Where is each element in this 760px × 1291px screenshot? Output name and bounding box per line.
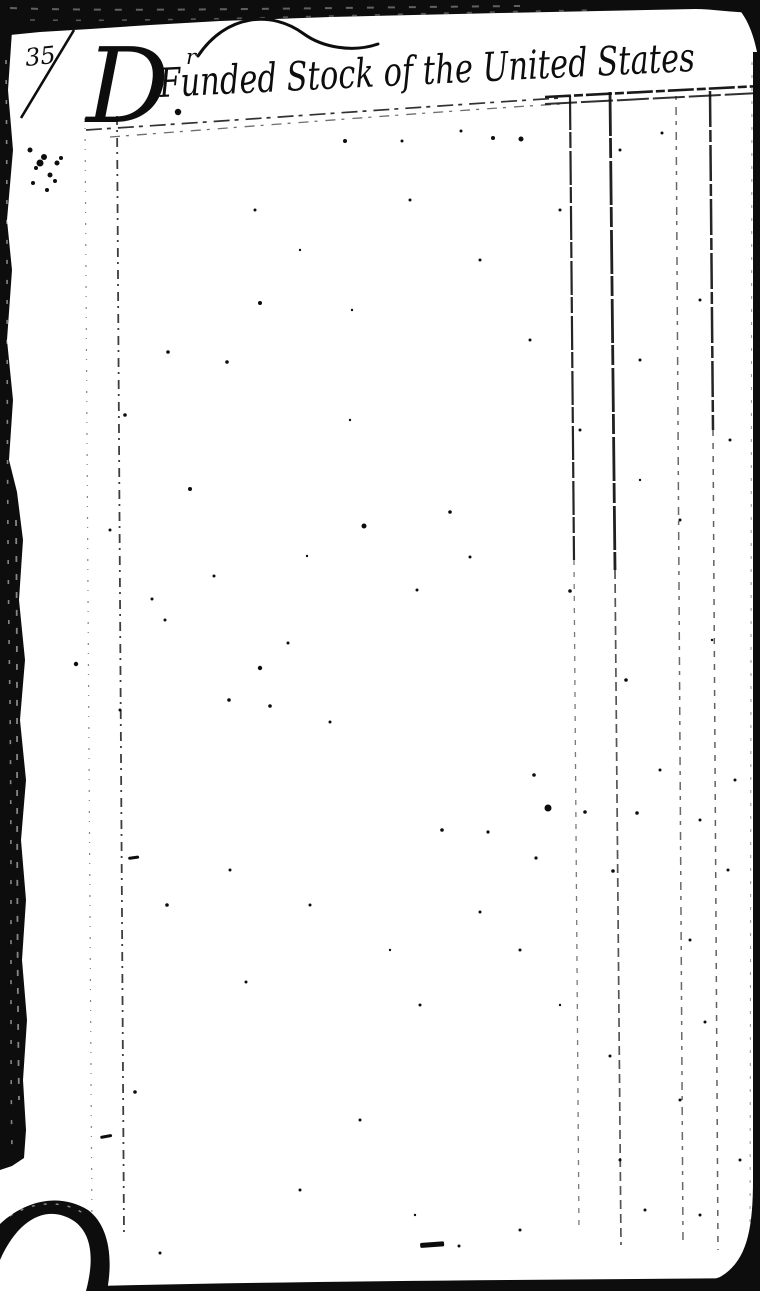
ink-speck [45,188,49,192]
ink-speck [34,166,38,170]
ink-speck [699,819,702,822]
ink-speck [460,130,463,133]
ink-speck [287,642,290,645]
ink-speck [213,575,216,578]
ink-speck [639,479,641,481]
ink-speck [123,413,127,417]
ink-speck [268,704,272,708]
ink-speck [559,209,562,212]
ink-speck [245,981,248,984]
ink-speck [362,524,367,529]
ink-speck [329,721,332,724]
ink-speck [559,1004,561,1006]
ink-speck [48,173,53,178]
ink-speck [486,830,489,833]
paper-background [0,0,760,1291]
ink-speck [299,1189,302,1192]
ink-speck [458,1245,461,1248]
ink-speck [689,939,692,942]
ink-speck [53,179,57,183]
ink-speck [414,1214,416,1216]
ink-speck [448,510,452,514]
ink-speck [579,429,582,432]
ink-speck [349,419,351,421]
ink-speck [699,299,702,302]
ink-speck [306,555,308,557]
ink-speck [639,359,642,362]
ink-speck [28,148,33,153]
ink-speck [534,856,537,859]
ink-speck [661,132,664,135]
ink-speck [568,589,572,593]
ink-speck [225,360,229,364]
ink-speck [529,339,532,342]
ink-speck [229,869,232,872]
ink-speck [609,1055,612,1058]
ink-speck [479,911,482,914]
ink-speck [258,301,262,305]
ink-speck [409,199,412,202]
ink-speck [532,773,536,777]
ink-speck [31,181,35,185]
ink-speck [159,1252,162,1255]
ink-speck [519,137,524,142]
ink-speck [37,160,44,167]
ink-speck [166,350,170,354]
ink-speck [635,811,639,815]
ink-speck [164,619,167,622]
ink-speck [227,698,231,702]
ink-speck [109,529,112,532]
ink-speck [309,904,312,907]
ink-speck [704,1021,707,1024]
ink-speck [254,209,257,212]
ink-speck [519,1229,522,1232]
ink-speck [469,556,472,559]
ink-speck [119,709,122,712]
ink-speck [659,769,662,772]
ink-speck [55,161,60,166]
ink-speck [59,156,63,160]
ink-speck [491,136,495,140]
ink-speck [729,439,732,442]
ink-speck [440,828,444,832]
ink-speck [479,259,482,262]
ink-speck [619,149,622,152]
ink-speck [258,666,262,670]
ink-speck [679,519,682,522]
ink-speck [619,1159,622,1162]
ink-speck [416,589,419,592]
ledger-page-canvas: 35 D r Funded Stock of the United States [0,0,760,1291]
ink-speck [644,1209,647,1212]
ink-speck [624,678,628,682]
ink-speck [679,1099,682,1102]
ledger-page-scan: 35 D r Funded Stock of the United States [0,0,760,1291]
ink-speck [611,869,615,873]
ink-speck [401,140,404,143]
ink-speck [351,309,353,311]
ink-speck [299,249,301,251]
ink-speck [545,805,552,812]
ink-speck [727,869,730,872]
ink-speck [74,662,78,666]
ink-speck [133,1090,137,1094]
ink-speck [359,1119,362,1122]
ink-speck [583,810,587,814]
ink-speck [151,598,154,601]
ink-speck [711,639,713,641]
ink-speck [389,949,391,951]
ink-speck [419,1004,422,1007]
debit-marker-period [175,109,181,115]
ink-speck [734,779,737,782]
ink-speck [739,1159,742,1162]
ink-speck [41,154,47,160]
ink-speck [188,487,192,491]
ink-speck [519,949,522,952]
ink-speck [343,139,347,143]
ink-speck [165,903,169,907]
ink-speck [699,1214,702,1217]
